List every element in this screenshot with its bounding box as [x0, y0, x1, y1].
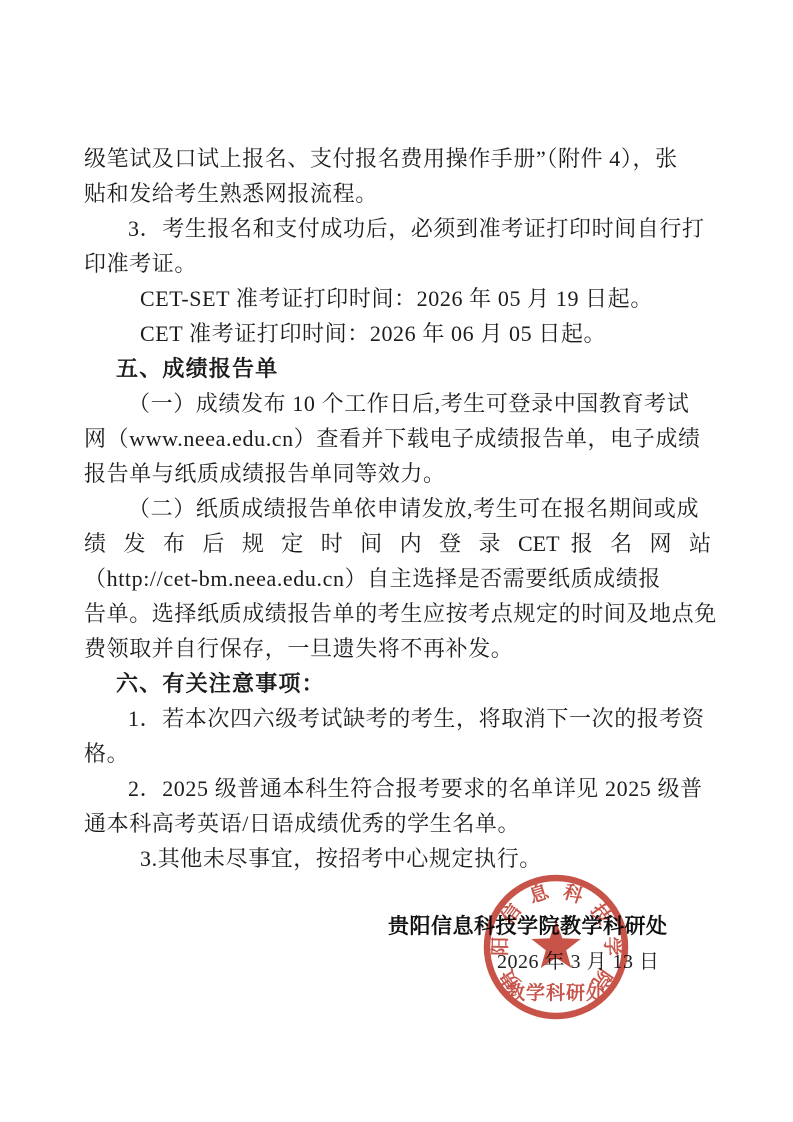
- body-line-12: 绩 发 布 后 规 定 时 间 内 登 录 CET 报 名 网 站: [84, 526, 711, 561]
- star-icon: [531, 921, 580, 968]
- body-line-10: 报告单与纸质成绩报告单同等效力。: [84, 456, 711, 491]
- body-line-14: 告单。选择纸质成绩报告单的考生应按考点规定的时间及地点免: [84, 596, 711, 631]
- body-line-17: 1．若本次四六级考试缺考的考生，将取消下一次的报考资: [84, 701, 711, 736]
- body-line-4: 印准考证。: [84, 246, 711, 281]
- body-line-19: 2．2025 级普通本科生符合报考要求的名单详见 2025 级普: [84, 771, 711, 806]
- body-line-13: （http://cet-bm.neea.edu.cn）自主选择是否需要纸质成绩报: [84, 561, 711, 596]
- body-line-8: （一）成绩发布 10 个工作日后,考生可登录中国教育考试: [84, 386, 711, 421]
- seal-bottom-text: 教学科研处: [506, 981, 606, 1004]
- body-line-18: 格。: [84, 736, 711, 771]
- section-heading-six: 六、有关注意事项：: [84, 666, 711, 701]
- body-line-3: 3．考生报名和支付成功后，必须到准考证打印时间自行打: [84, 211, 711, 246]
- document-page: 级笔试及口试上报名、支付报名费用操作手册”（附件 4），张 贴和发给考生熟悉网报…: [0, 0, 793, 1122]
- section-heading-five: 五、成绩报告单: [84, 351, 711, 386]
- body-line-6: CET 准考证打印时间：2026 年 06 月 05 日起。: [84, 316, 711, 351]
- body-line-15: 费领取并自行保存，一旦遗失将不再补发。: [84, 631, 711, 666]
- body-line-20: 通本科高考英语/日语成绩优秀的学生名单。: [84, 806, 711, 841]
- seal-arc-char: 阳: [489, 937, 511, 956]
- body-line-9: 网（www.neea.edu.cn）查看并下载电子成绩报告单，电子成绩: [84, 421, 711, 456]
- body-line-2: 贴和发给考生熟悉网报流程。: [84, 176, 711, 211]
- body-text-block: 级笔试及口试上报名、支付报名费用操作手册”（附件 4），张 贴和发给考生熟悉网报…: [84, 141, 711, 876]
- body-line-11: （二）纸质成绩报告单依申请发放,考生可在报名期间或成: [84, 491, 711, 526]
- official-seal: 贵 阳 信 息 科 技 学 院 教学科研处: [483, 874, 629, 1020]
- seal-arc-char: 学: [600, 937, 623, 956]
- body-line-5: CET-SET 准考证打印时间：2026 年 05 月 19 日起。: [84, 281, 711, 316]
- body-line-1: 级笔试及口试上报名、支付报名费用操作手册”（附件 4），张: [84, 141, 711, 176]
- body-line-21: 3.其他未尽事宜，按招考中心规定执行。: [84, 841, 711, 876]
